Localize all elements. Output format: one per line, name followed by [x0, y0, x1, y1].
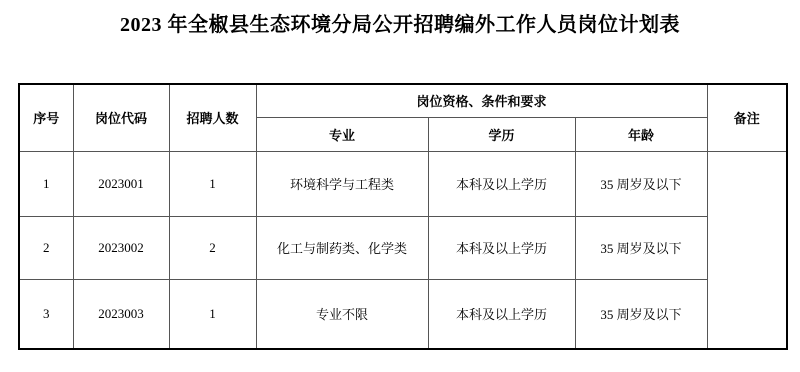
cell-position-code: 2023001: [73, 151, 169, 216]
cell-education: 本科及以上学历: [428, 216, 575, 279]
cell-serial: 1: [19, 151, 73, 216]
table-body: 1 2023001 1 环境科学与工程类 本科及以上学历 35 周岁及以下 2 …: [19, 151, 787, 349]
cell-age: 35 周岁及以下: [575, 151, 707, 216]
cell-recruit-count: 1: [169, 151, 256, 216]
table-row: 2 2023002 2 化工与制药类、化学类 本科及以上学历 35 周岁及以下: [19, 216, 787, 279]
cell-remarks-merged: [707, 151, 787, 349]
cell-age: 35 周岁及以下: [575, 216, 707, 279]
cell-age: 35 周岁及以下: [575, 279, 707, 349]
header-age: 年龄: [575, 117, 707, 151]
header-education: 学历: [428, 117, 575, 151]
position-plan-table: 序号 岗位代码 招聘人数 岗位资格、条件和要求 备注 专业 学历 年龄 1 20…: [18, 83, 788, 350]
header-position-code: 岗位代码: [73, 84, 169, 151]
cell-serial: 2: [19, 216, 73, 279]
page-title: 2023 年全椒县生态环境分局公开招聘编外工作人员岗位计划表: [0, 13, 800, 37]
cell-education: 本科及以上学历: [428, 151, 575, 216]
header-major: 专业: [256, 117, 428, 151]
header-recruit-count: 招聘人数: [169, 84, 256, 151]
cell-major: 化工与制药类、化学类: [256, 216, 428, 279]
cell-major: 专业不限: [256, 279, 428, 349]
cell-position-code: 2023002: [73, 216, 169, 279]
cell-recruit-count: 1: [169, 279, 256, 349]
table-row: 3 2023003 1 专业不限 本科及以上学历 35 周岁及以下: [19, 279, 787, 349]
cell-serial: 3: [19, 279, 73, 349]
cell-recruit-count: 2: [169, 216, 256, 279]
cell-position-code: 2023003: [73, 279, 169, 349]
header-qualifications-group: 岗位资格、条件和要求: [256, 84, 707, 117]
header-serial: 序号: [19, 84, 73, 151]
cell-education: 本科及以上学历: [428, 279, 575, 349]
document-page: 2023 年全椒县生态环境分局公开招聘编外工作人员岗位计划表 序号 岗位代码 招…: [0, 0, 800, 372]
cell-major: 环境科学与工程类: [256, 151, 428, 216]
table-header: 序号 岗位代码 招聘人数 岗位资格、条件和要求 备注 专业 学历 年龄: [19, 84, 787, 151]
header-remarks: 备注: [707, 84, 787, 151]
header-row-top: 序号 岗位代码 招聘人数 岗位资格、条件和要求 备注: [19, 84, 787, 117]
table-row: 1 2023001 1 环境科学与工程类 本科及以上学历 35 周岁及以下: [19, 151, 787, 216]
